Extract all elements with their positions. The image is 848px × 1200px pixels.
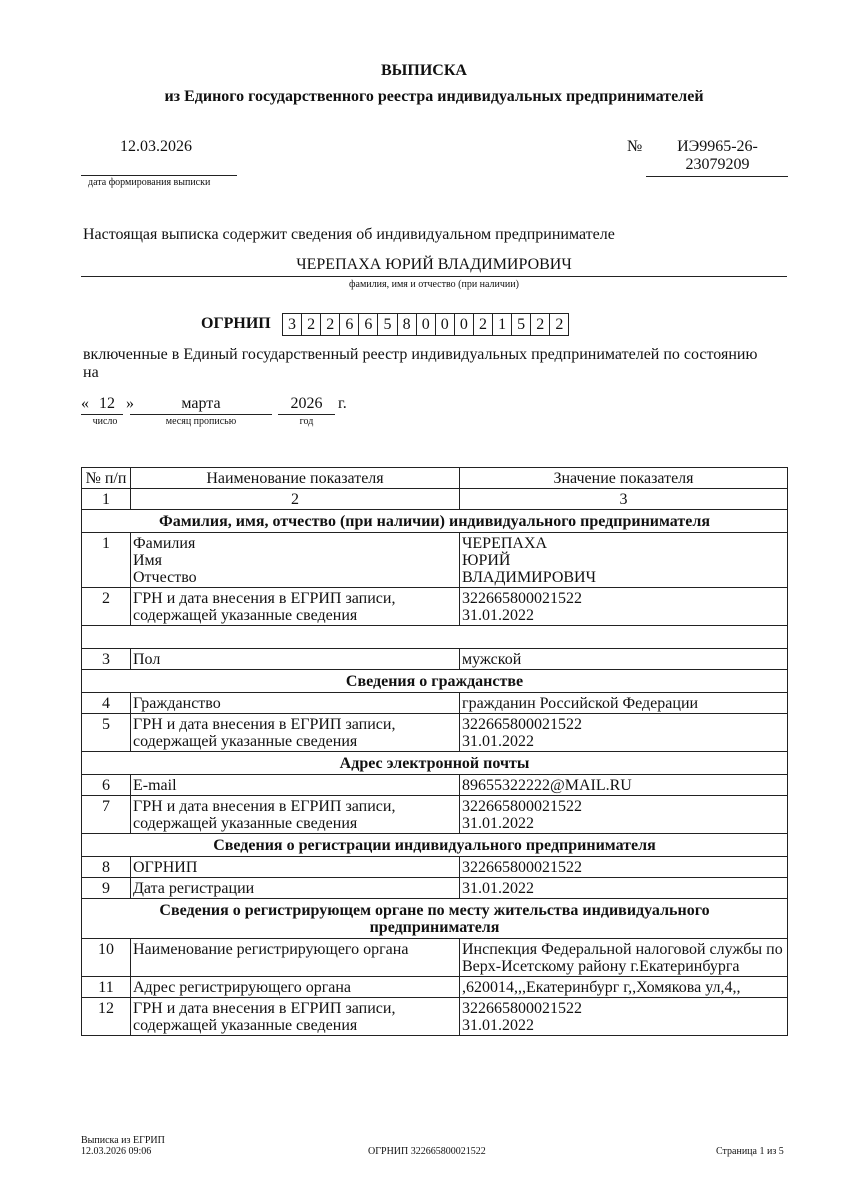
table-header-row: № п/п Наименование показателя Значение п… [82, 468, 788, 489]
generation-date-caption: дата формирования выписки [88, 177, 210, 188]
ogrnip-digit-box: 1 [492, 313, 512, 336]
ogrnip-digit-box: 2 [530, 313, 550, 336]
section-header-row: Адрес электронной почты [82, 752, 788, 775]
row-value: 89655322222@MAIL.RU [460, 775, 788, 796]
ogrnip-digit-box: 2 [473, 313, 493, 336]
month-caption: месяц прописью [130, 416, 272, 427]
ogrnip-digit-box: 0 [454, 313, 474, 336]
row-indicator: ОГРНИП [131, 857, 460, 878]
ogrnip-digit-box: 6 [358, 313, 378, 336]
row-number: 3 [82, 649, 131, 670]
footer-left: Выписка из ЕГРИП 12.03.2026 09:06 [81, 1135, 165, 1157]
as-of-month-underline [130, 414, 272, 415]
ogrnip-digit-box: 8 [397, 313, 417, 336]
row-number: 6 [82, 775, 131, 796]
section-header-row: Фамилия, имя, отчество (при наличии) инд… [82, 510, 788, 533]
table-row: 8ОГРНИП322665800021522 [82, 857, 788, 878]
extract-number: ИЭ9965-26-23079209 [660, 138, 775, 174]
section-header-row: Сведения о регистрирующем органе по мест… [82, 899, 788, 939]
as-of-year: 2026 [278, 395, 335, 413]
row-indicator: Гражданство [131, 693, 460, 714]
table-row: 1Фамилия Имя ОтчествоЧЕРЕПАХА ЮРИЙ ВЛАДИ… [82, 533, 788, 588]
row-indicator: ГРН и дата внесения в ЕГРИП записи, соде… [131, 796, 460, 834]
footer-doc-name: Выписка из ЕГРИП [81, 1135, 165, 1146]
day-caption: число [81, 416, 129, 427]
column-number-2: 2 [131, 489, 460, 510]
row-indicator: Дата регистрации [131, 878, 460, 899]
document-subtitle: из Единого государственного реестра инди… [0, 88, 848, 106]
entrepreneur-name: ЧЕРЕПАХА ЮРИЙ ВЛАДИМИРОВИЧ [81, 256, 787, 274]
entrepreneur-name-underline [81, 276, 787, 277]
row-value: мужской [460, 649, 788, 670]
row-indicator: ГРН и дата внесения в ЕГРИП записи, соде… [131, 998, 460, 1036]
ogrnip-digit-box: 2 [320, 313, 340, 336]
year-suffix: г. [338, 395, 347, 413]
section-title: Адрес электронной почты [82, 752, 788, 775]
section-header-row: Сведения о регистрации индивидуального п… [82, 834, 788, 857]
registry-table: № п/п Наименование показателя Значение п… [81, 467, 788, 1036]
column-number-3: 3 [460, 489, 788, 510]
as-of-month: марта [130, 395, 272, 413]
footer-timestamp: 12.03.2026 09:06 [81, 1146, 165, 1157]
included-text: включенные в Единый государственный реес… [83, 346, 763, 382]
row-value: ЧЕРЕПАХА ЮРИЙ ВЛАДИМИРОВИЧ [460, 533, 788, 588]
document-title: ВЫПИСКА [0, 62, 848, 80]
section-title [82, 626, 788, 649]
table-row: 4Гражданствогражданин Российской Федерац… [82, 693, 788, 714]
row-value: ,620014,,,Екатеринбург г,,Хомякова ул,4,… [460, 977, 788, 998]
row-indicator: Наименование регистрирующего органа [131, 939, 460, 977]
row-indicator: ГРН и дата внесения в ЕГРИП записи, соде… [131, 588, 460, 626]
year-caption: год [278, 416, 335, 427]
ogrnip-digit-boxes: 322665800021522 [283, 313, 569, 336]
row-value: гражданин Российской Федерации [460, 693, 788, 714]
ogrnip-digit-box: 6 [339, 313, 359, 336]
ogrnip-digit-box: 3 [282, 313, 302, 336]
ogrnip-digit-box: 0 [416, 313, 436, 336]
header-cell-value: Значение показателя [460, 468, 788, 489]
as-of-year-underline [278, 414, 335, 415]
row-number: 1 [82, 533, 131, 588]
table-row: 11Адрес регистрирующего органа,620014,,,… [82, 977, 788, 998]
table-row: 7ГРН и дата внесения в ЕГРИП записи, сод… [82, 796, 788, 834]
table-row: 10Наименование регистрирующего органаИнс… [82, 939, 788, 977]
row-number: 5 [82, 714, 131, 752]
table-column-number-row: 1 2 3 [82, 489, 788, 510]
section-header-row: Сведения о гражданстве [82, 670, 788, 693]
intro-text: Настоящая выписка содержит сведения об и… [83, 226, 615, 244]
table-row: 6E-mail89655322222@MAIL.RU [82, 775, 788, 796]
row-number: 9 [82, 878, 131, 899]
row-value: 322665800021522 [460, 857, 788, 878]
ogrnip-digit-box: 2 [549, 313, 569, 336]
header-cell-indicator: Наименование показателя [131, 468, 460, 489]
row-value: 322665800021522 31.01.2022 [460, 714, 788, 752]
table-row: 5ГРН и дата внесения в ЕГРИП записи, сод… [82, 714, 788, 752]
row-indicator: Адрес регистрирующего органа [131, 977, 460, 998]
footer-page-number: Страница 1 из 5 [716, 1146, 784, 1157]
row-number: 7 [82, 796, 131, 834]
ogrnip-digit-box: 2 [301, 313, 321, 336]
entrepreneur-name-caption: фамилия, имя и отчество (при наличии) [81, 279, 787, 290]
section-title: Сведения о регистрации индивидуального п… [82, 834, 788, 857]
number-sign: № [627, 138, 642, 156]
generation-date: 12.03.2026 [120, 138, 192, 156]
extract-number-underline [646, 176, 788, 177]
row-indicator: ГРН и дата внесения в ЕГРИП записи, соде… [131, 714, 460, 752]
as-of-day-underline [81, 414, 123, 415]
table-row: 9Дата регистрации31.01.2022 [82, 878, 788, 899]
ogrnip-digit-box: 5 [511, 313, 531, 336]
row-value: 322665800021522 31.01.2022 [460, 588, 788, 626]
header-cell-number: № п/п [82, 468, 131, 489]
row-value: 322665800021522 31.01.2022 [460, 998, 788, 1036]
table-row: 2ГРН и дата внесения в ЕГРИП записи, сод… [82, 588, 788, 626]
row-number: 2 [82, 588, 131, 626]
row-indicator: Пол [131, 649, 460, 670]
section-title: Сведения о гражданстве [82, 670, 788, 693]
section-title: Фамилия, имя, отчество (при наличии) инд… [82, 510, 788, 533]
empty-section-row [82, 626, 788, 649]
row-number: 4 [82, 693, 131, 714]
ogrnip-label: ОГРНИП [201, 315, 271, 333]
section-title: Сведения о регистрирующем органе по мест… [82, 899, 788, 939]
row-number: 11 [82, 977, 131, 998]
as-of-day: 12 [91, 395, 123, 413]
generation-date-underline [81, 175, 237, 176]
footer-ogrnip: ОГРНИП 322665800021522 [368, 1146, 486, 1157]
row-indicator: E-mail [131, 775, 460, 796]
ogrnip-digit-box: 0 [435, 313, 455, 336]
table-row: 12ГРН и дата внесения в ЕГРИП записи, со… [82, 998, 788, 1036]
ogrnip-digit-box: 5 [377, 313, 397, 336]
row-value: Инспекция Федеральной налоговой службы п… [460, 939, 788, 977]
row-indicator: Фамилия Имя Отчество [131, 533, 460, 588]
row-number: 12 [82, 998, 131, 1036]
row-value: 322665800021522 31.01.2022 [460, 796, 788, 834]
open-quote: « [81, 395, 89, 413]
row-number: 8 [82, 857, 131, 878]
row-value: 31.01.2022 [460, 878, 788, 899]
table-row: 3Полмужской [82, 649, 788, 670]
column-number-1: 1 [82, 489, 131, 510]
row-number: 10 [82, 939, 131, 977]
